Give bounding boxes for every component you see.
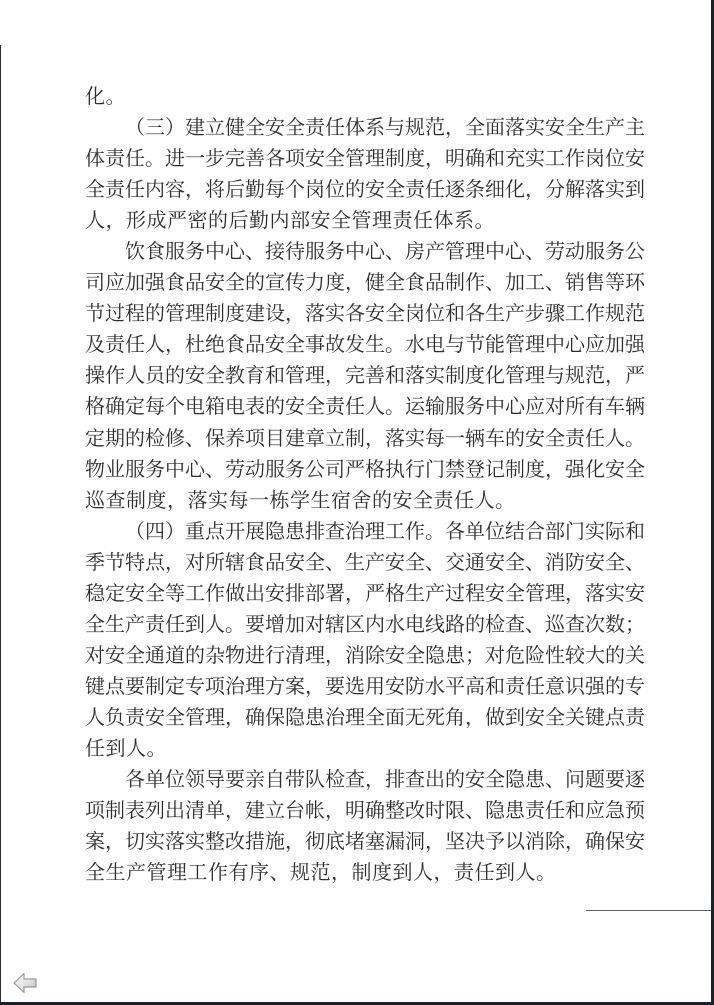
text-line: 全生产管理工作有序、规范，制度到人，责任到人。 xyxy=(85,858,634,889)
text-line: （四）重点开展隐患排查治理工作。各单位结合部门实际和 xyxy=(85,517,634,548)
text-line: 键点要制定专项治理方案，要选用安防水平高和责任意识强的专 xyxy=(85,672,634,703)
text-line: 化。 xyxy=(85,82,634,113)
text-line: 操作人员的安全教育和管理，完善和落实制度化管理与规范，严 xyxy=(85,361,634,392)
text-line: （三）建立健全安全责任体系与规范，全面落实安全生产主 xyxy=(85,113,634,144)
text-line: 司应加强食品安全的宣传力度，健全食品制作、加工、销售等环 xyxy=(85,268,634,299)
text-line: 对安全通道的杂物进行清理，消除安全隐患；对危险性较大的关 xyxy=(85,641,634,672)
text-line: 案，切实落实整改措施，彻底堵塞漏洞，坚决予以消除，确保安 xyxy=(85,827,634,858)
text-line: 巡查制度，落实每一栋学生宿舍的安全责任人。 xyxy=(85,486,634,517)
text-line: 全责任内容，将后勤每个岗位的安全责任逐条细化，分解落实到 xyxy=(85,175,634,206)
document-page: 化。 （三）建立健全安全责任体系与规范，全面落实安全生产主 体责任。进一步完善各… xyxy=(0,0,714,1005)
text-line: 稳定安全等工作做出安排部署，严格生产过程安全管理，落实安 xyxy=(85,579,634,610)
text-line: 任到人。 xyxy=(85,734,634,765)
text-line: 全生产责任到人。要增加对辖区内水电线路的检查、巡查次数； xyxy=(85,610,634,641)
text-line: 格确定每个电箱电表的安全责任人。运输服务中心应对所有车辆 xyxy=(85,392,634,423)
text-line: 饮食服务中心、接待服务中心、房产管理中心、劳动服务公 xyxy=(85,237,634,268)
text-line: 定期的检修、保养项目建章立制，落实每一辆车的安全责任人。 xyxy=(85,424,634,455)
back-arrow-icon xyxy=(12,971,38,995)
scan-edge-artifact xyxy=(586,910,711,911)
text-line: 人负责安全管理，确保隐患治理全面无死角，做到安全关键点责 xyxy=(85,703,634,734)
back-button[interactable] xyxy=(12,971,38,995)
text-line: 各单位领导要亲自带队检查，排查出的安全隐患、问题要逐 xyxy=(85,765,634,796)
text-line: 物业服务中心、劳动服务公司严格执行门禁登记制度，强化安全 xyxy=(85,455,634,486)
text-line: 季节特点，对所辖食品安全、生产安全、交通安全、消防安全、 xyxy=(85,548,634,579)
text-line: 及责任人，杜绝食品安全事故发生。水电与节能管理中心应加强 xyxy=(85,330,634,361)
document-text-block: 化。 （三）建立健全安全责任体系与规范，全面落实安全生产主 体责任。进一步完善各… xyxy=(85,82,634,889)
text-line: 项制表列出清单，建立台帐，明确整改时限、隐患责任和应急预 xyxy=(85,796,634,827)
text-line: 人，形成严密的后勤内部安全管理责任体系。 xyxy=(85,206,634,237)
text-line: 体责任。进一步完善各项安全管理制度，明确和充实工作岗位安 xyxy=(85,144,634,175)
page-border-left xyxy=(0,45,1,1002)
text-line: 节过程的管理制度建设，落实各安全岗位和各生产步骤工作规范 xyxy=(85,299,634,330)
